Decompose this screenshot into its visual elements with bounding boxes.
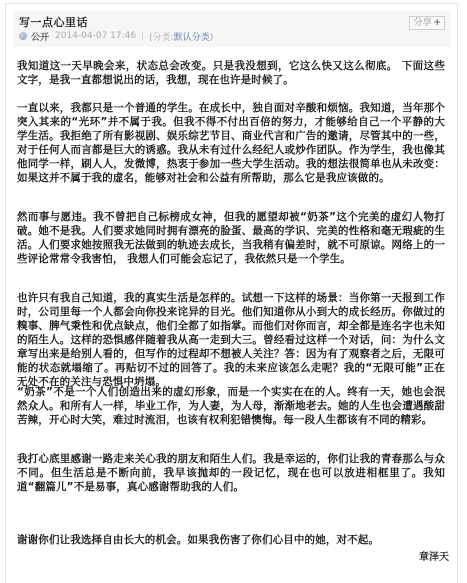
share-label: 分享 bbox=[413, 17, 431, 29]
post-meta: 公开 2014-04-07 17:46 | (分类:默认分类) bbox=[19, 30, 213, 42]
paragraph: 也许只有我自己知道，我的真实生活是怎样的。试想一下这样的场景：当你第一天报到工作… bbox=[17, 291, 445, 389]
paragraph: 一直以来，我都只是一个普通的学生。在成长中，独自面对辛酸和烦恼。我知道，当年那个… bbox=[17, 101, 445, 185]
paragraph: 我知道这一天早晚会来，状态总会改变。只是我没想到，它这么快又这么彻底。 下面这些… bbox=[17, 59, 445, 87]
plus-icon: + bbox=[433, 17, 441, 29]
post-header: 写一点心里话 公开 2014-04-07 17:46 | (分类:默认分类) 分… bbox=[13, 10, 451, 47]
public-globe-icon bbox=[19, 32, 27, 40]
paragraph: “奶茶”不是一个人们创造出来的虚幻形象，而是一个实实在在的人。终有一天，她也会泯… bbox=[17, 385, 445, 427]
visibility-label: 公开 bbox=[31, 30, 49, 43]
share-button[interactable]: 分享 + bbox=[409, 16, 445, 30]
category-link[interactable]: 默认分类 bbox=[174, 33, 210, 43]
paragraph: 然而事与愿违。我不曾把自己标榜成女神，但我的愿望却被“奶茶”这个完美的虚幻人物打… bbox=[17, 210, 445, 266]
post-title: 写一点心里话 bbox=[19, 14, 88, 30]
meta-separator: | bbox=[141, 31, 144, 41]
category-suffix: ) bbox=[210, 33, 214, 43]
author-signature: 章泽天 bbox=[419, 548, 449, 563]
paragraph: 谢谢你们让我选择自由长大的机会。如果我伤害了你们心目中的她，对不起。 bbox=[17, 533, 379, 547]
post-date: 2014-04-07 17:46 bbox=[55, 31, 136, 41]
category-prefix: (分类: bbox=[149, 33, 174, 43]
category-info: (分类:默认分类) bbox=[149, 30, 213, 43]
paragraph: 我打心底里感谢一路走来关心我的朋友和陌生人们。我是幸运的，你们让我的青春那么与众… bbox=[17, 452, 445, 494]
